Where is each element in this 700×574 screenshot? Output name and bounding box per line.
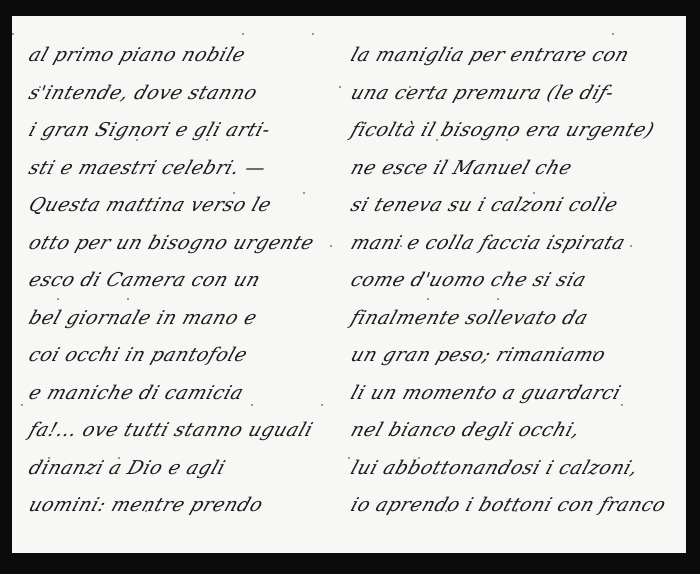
handwritten-line: ficoltà il bisogno era urgente): [348, 119, 657, 141]
scan-speck: [136, 139, 138, 141]
scan-speck: [612, 33, 614, 35]
scan-speck: [145, 510, 147, 512]
scan-speck: [321, 404, 323, 406]
handwritten-line: finalmente sollevato da: [348, 307, 591, 329]
handwritten-line: al primo piano nobile: [26, 44, 248, 66]
scan-speck: [57, 298, 59, 300]
handwritten-line: uomini: mentre prendo: [26, 494, 266, 516]
handwritten-line: dinanzi a Dio e agli: [26, 457, 228, 479]
scan-speck: [515, 510, 517, 512]
scan-speck: [400, 245, 402, 247]
scan-speck: [21, 404, 23, 406]
handwritten-line: una certa premura (le dif-: [348, 82, 617, 104]
handwritten-line: si teneva su i calzoni colle: [348, 194, 621, 216]
handwritten-line: come d'uomo che si sia: [348, 269, 589, 291]
scan-speck: [497, 298, 499, 300]
scan-speck: [251, 404, 253, 406]
scan-speck: [418, 457, 420, 459]
scan-speck: [427, 298, 429, 300]
scan-speck: [348, 457, 350, 459]
handwritten-line: bel giornale in mano e: [26, 307, 260, 329]
scan-speck: [109, 86, 111, 88]
handwritten-line: Questa mattina verso le: [26, 194, 274, 216]
right-column: la maniglia per entrare conuna certa pre…: [348, 16, 686, 553]
handwritten-line: e maniche di camicia: [26, 382, 247, 404]
handwritten-line: fa!... ove tutti stanno uguali: [26, 419, 316, 441]
scan-speck: [445, 510, 447, 512]
scan-speck: [154, 351, 156, 353]
scan-speck: [127, 298, 129, 300]
scan-speck: [594, 351, 596, 353]
scan-speck: [603, 192, 605, 194]
scan-speck: [330, 245, 332, 247]
handwritten-line: un gran peso; rimaniamo: [348, 344, 609, 366]
left-column: al primo piano nobiles'intende, dove sta…: [26, 16, 346, 553]
scan-speck: [206, 139, 208, 141]
handwritten-line: sti e maestri celebri. —: [26, 157, 269, 179]
scan-speck: [118, 457, 120, 459]
scan-speck: [224, 351, 226, 353]
handwritten-line: lui abbottonandosi i calzoni,: [348, 457, 641, 479]
scan-speck: [436, 139, 438, 141]
scan-speck: [233, 192, 235, 194]
handwritten-line: esco di Camera con un: [26, 269, 263, 291]
scan-speck: [409, 86, 411, 88]
handwritten-line: nel bianco degli occhi,: [348, 419, 583, 441]
scan-speck: [39, 86, 41, 88]
handwritten-line: ne esce il Manuel che: [348, 157, 575, 179]
scan-speck: [506, 139, 508, 141]
handwritten-line: i gran Signori e gli arti-: [26, 119, 273, 141]
handwritten-line: coi occhi in pantofole: [26, 344, 250, 366]
scan-speck: [621, 404, 623, 406]
scan-speck: [339, 86, 341, 88]
scan-speck: [12, 33, 14, 35]
scan-speck: [524, 351, 526, 353]
scan-speck: [48, 457, 50, 459]
scan-speck: [303, 192, 305, 194]
scan-speck: [30, 245, 32, 247]
scan-speck: [242, 33, 244, 35]
manuscript-page: al primo piano nobiles'intende, dove sta…: [12, 16, 686, 553]
handwritten-line: li un momento a guardarci: [348, 382, 624, 404]
handwritten-line: otto per un bisogno urgente: [26, 232, 317, 254]
handwritten-line: s'intende, dove stanno: [26, 82, 260, 104]
scan-speck: [630, 245, 632, 247]
scan-speck: [215, 510, 217, 512]
scan-speck: [312, 33, 314, 35]
handwritten-line: la maniglia per entrare con: [348, 44, 632, 66]
scan-speck: [533, 192, 535, 194]
handwritten-line: io aprendo i bottoni con franco: [348, 494, 669, 516]
handwritten-line: mani e colla faccia ispirata: [348, 232, 628, 254]
